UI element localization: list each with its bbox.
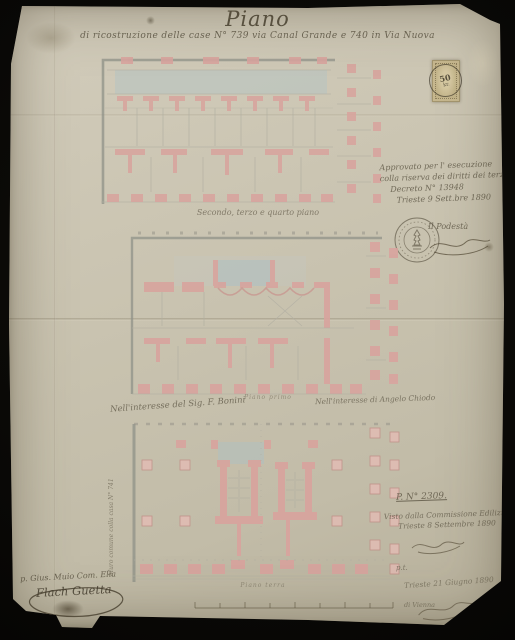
floor-plan-ground bbox=[118, 412, 406, 592]
light-patch bbox=[468, 40, 498, 86]
party-wall-note-text: Muro comune colla casa N° 741 bbox=[108, 436, 115, 576]
pt-note: p.t. bbox=[396, 564, 408, 572]
scale-bar: di Vienna bbox=[193, 597, 438, 615]
date-note: Trieste 21 Giugno 1890 bbox=[404, 575, 494, 590]
party-wall-note: Muro comune colla casa N° 741 bbox=[108, 436, 120, 578]
floor-plan-first bbox=[118, 230, 402, 400]
paper-sheet: Piano di ricostruzione delle case N° 739… bbox=[8, 4, 507, 628]
stamp-unit: kr. bbox=[443, 81, 451, 88]
revenue-stamp: 50 kr. bbox=[432, 60, 460, 102]
fold-crease bbox=[54, 4, 56, 628]
photographed-document: { "page": { "title_script": "Piano", "su… bbox=[0, 0, 515, 640]
postmark-icon: 50 kr. bbox=[426, 61, 465, 100]
signature-oval-flourish bbox=[20, 580, 134, 624]
review-note: Visto dalla Commissione Edilizia Trieste… bbox=[384, 508, 513, 532]
signature-flourish bbox=[410, 536, 466, 556]
caption-upper-floors: Secondo, terzo e quarto piano bbox=[148, 208, 368, 217]
signature-flourish bbox=[415, 593, 481, 624]
reference-number: P. N° 2309. bbox=[396, 491, 447, 503]
floor-plan-upper bbox=[85, 56, 385, 208]
document-subtitle: di ricostruzione delle case N° 739 via C… bbox=[8, 31, 507, 41]
document-title: Piano bbox=[8, 7, 507, 31]
caption-ground-floor: Piano terra bbox=[208, 582, 318, 589]
scale-bar-ticks bbox=[193, 597, 398, 615]
approval-note: Approvato per l' esecuzione colla riserv… bbox=[379, 158, 512, 207]
